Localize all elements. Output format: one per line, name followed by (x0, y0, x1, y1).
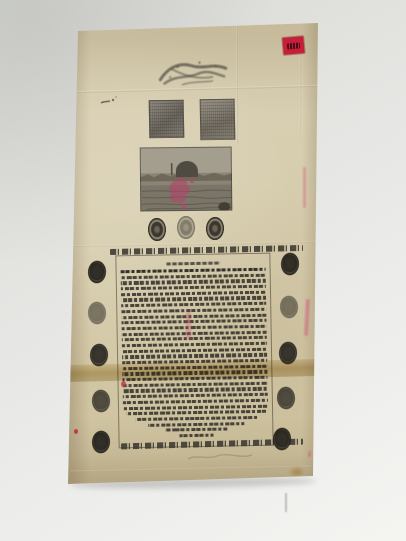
ink-smudge (99, 95, 119, 107)
vignette-medallion (269, 423, 295, 454)
arabic-text-line (122, 347, 267, 353)
fold-crease (236, 26, 238, 146)
medallion-core (282, 298, 296, 316)
arabic-text-line (121, 273, 266, 279)
arabic-text-line (122, 330, 267, 336)
medallion-core (279, 389, 293, 407)
medallion-core (90, 263, 104, 281)
medallion-core (275, 430, 289, 448)
arabic-text-line (123, 404, 268, 410)
arabic-text-line (122, 325, 267, 331)
photo-small-left (149, 100, 185, 139)
medallion-core (283, 255, 297, 273)
vignette-medallion (88, 385, 114, 416)
vignette-medallion (84, 297, 110, 328)
photo-large-landscape (140, 147, 233, 212)
oval-seal (144, 214, 169, 246)
arabic-text-line (123, 393, 268, 399)
vignette-medallion (273, 382, 299, 413)
medallion-core (92, 346, 106, 364)
arabic-text-line (121, 313, 266, 319)
arabic-text-line (126, 410, 266, 416)
arabic-text-line (123, 399, 268, 405)
text-heading-line (166, 262, 220, 266)
pencil-squiggle (185, 450, 255, 464)
arabic-text-line (122, 353, 267, 359)
photograph-of-document (0, 0, 406, 541)
wall-scratch (285, 493, 287, 512)
arabic-text-line (121, 285, 266, 291)
arabic-text-block (115, 253, 273, 449)
arabic-text-line (122, 342, 267, 348)
medallion-core (94, 433, 108, 451)
arabic-text-line (121, 319, 266, 325)
oval-seal (202, 213, 227, 245)
medallion-core (94, 392, 108, 410)
pink-mark (308, 451, 311, 457)
arabic-text-line (165, 428, 227, 432)
arabic-text-line (148, 422, 244, 427)
arabic-text-line (122, 336, 267, 342)
arabic-text-line (123, 387, 268, 393)
medallion-core (90, 304, 104, 322)
vignette-medallion (88, 426, 114, 457)
vignette-medallion (84, 256, 110, 287)
fold-crease (299, 45, 301, 140)
arabic-text-line (121, 302, 266, 308)
pink-mark (304, 299, 310, 336)
sticker-mark (287, 42, 300, 49)
photo-small-right (200, 99, 236, 141)
vignette-medallion (277, 248, 303, 279)
arabic-text-line (121, 296, 266, 302)
arabic-text-line (179, 434, 213, 438)
arabic-text-line (121, 279, 266, 285)
tear-spot (288, 466, 306, 478)
arabic-text-line (121, 290, 266, 296)
arabic-text-lines (116, 254, 272, 439)
red-sticker (282, 36, 304, 55)
fold-crease (70, 465, 314, 472)
oval-seal (174, 212, 198, 243)
red-dot-mark (121, 381, 126, 387)
vignette-medallion (276, 291, 302, 322)
pink-mark (186, 312, 191, 340)
arabic-text-line (135, 416, 257, 421)
calligraphy-emblem-icon (151, 52, 235, 94)
document-paper (0, 0, 406, 541)
arabic-text-line (121, 268, 266, 274)
arabic-text-line (121, 308, 266, 314)
arabic-text-line (123, 381, 268, 387)
red-dot-mark (74, 429, 78, 434)
pink-mark (303, 167, 306, 208)
